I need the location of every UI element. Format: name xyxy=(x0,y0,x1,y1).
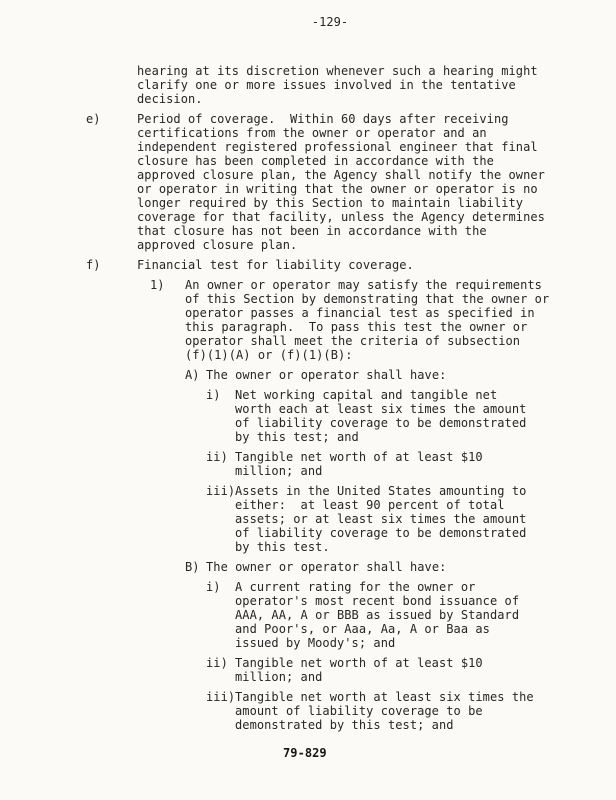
text-block: i)A current rating for the owner oropera… xyxy=(0,580,616,650)
text-line: Net working capital and tangible net xyxy=(0,388,616,402)
section-label: ii) xyxy=(206,450,228,464)
section-label: i) xyxy=(206,580,221,594)
text-line: of liability coverage to be demonstrated xyxy=(0,526,616,540)
text-line: hearing at its discretion whenever such … xyxy=(0,64,616,78)
text-line: Tangible net worth of at least $10 xyxy=(0,656,616,670)
text-line: demonstrated by this test; and xyxy=(0,718,616,732)
document-content: hearing at its discretion whenever such … xyxy=(0,64,616,738)
text-block: B)The owner or operator shall have: xyxy=(0,560,616,574)
text-line: million; and xyxy=(0,670,616,684)
text-line: amount of liability coverage to be xyxy=(0,704,616,718)
text-block: A)The owner or operator shall have: xyxy=(0,368,616,382)
text-line: closure has been completed in accordance… xyxy=(0,154,616,168)
section-label: i) xyxy=(206,388,221,402)
text-block: ii)Tangible net worth of at least $10mil… xyxy=(0,656,616,684)
text-line: coverage for that facility, unless the A… xyxy=(0,210,616,224)
section-label: f) xyxy=(86,258,101,272)
section-label: iii) xyxy=(206,690,235,704)
text-line: of this Section by demonstrating that th… xyxy=(0,292,616,306)
text-line: of liability coverage to be demonstrated xyxy=(0,416,616,430)
text-line: worth each at least six times the amount xyxy=(0,402,616,416)
text-line: either: at least 90 percent of total xyxy=(0,498,616,512)
section-label: e) xyxy=(86,112,101,126)
page-number: -129- xyxy=(0,15,616,29)
text-line: or operator in writing that the owner or… xyxy=(0,182,616,196)
text-line: Tangible net worth at least six times th… xyxy=(0,690,616,704)
section-label: 1) xyxy=(150,278,165,292)
docket-number: 79-829 xyxy=(283,746,327,760)
text-line: issued by Moody's; and xyxy=(0,636,616,650)
text-line: The owner or operator shall have: xyxy=(0,368,616,382)
text-line: assets; or at least six times the amount xyxy=(0,512,616,526)
section-label: A) xyxy=(185,368,200,382)
text-block: ii)Tangible net worth of at least $10mil… xyxy=(0,450,616,478)
text-line: operator shall meet the criteria of subs… xyxy=(0,334,616,348)
text-line: independent registered professional engi… xyxy=(0,140,616,154)
text-block: i)Net working capital and tangible netwo… xyxy=(0,388,616,444)
text-line: operator's most recent bond issuance of xyxy=(0,594,616,608)
text-line: by this test; and xyxy=(0,430,616,444)
text-block: iii)Assets in the United States amountin… xyxy=(0,484,616,554)
text-line: this paragraph. To pass this test the ow… xyxy=(0,320,616,334)
text-line: decision. xyxy=(0,92,616,106)
text-block: iii)Tangible net worth at least six time… xyxy=(0,690,616,732)
text-line: Assets in the United States amounting to xyxy=(0,484,616,498)
text-block: 1)An owner or operator may satisfy the r… xyxy=(0,278,616,362)
text-line: Tangible net worth of at least $10 xyxy=(0,450,616,464)
document-page: -129- hearing at its discretion whenever… xyxy=(0,0,616,800)
section-label: B) xyxy=(185,560,200,574)
text-line: that closure has not been in accordance … xyxy=(0,224,616,238)
text-line: The owner or operator shall have: xyxy=(0,560,616,574)
text-line: million; and xyxy=(0,464,616,478)
text-block: e)Period of coverage. Within 60 days aft… xyxy=(0,112,616,252)
text-line: AAA, AA, A or BBB as issued by Standard xyxy=(0,608,616,622)
text-line: An owner or operator may satisfy the req… xyxy=(0,278,616,292)
text-line: and Poor's, or Aaa, Aa, A or Baa as xyxy=(0,622,616,636)
text-line: longer required by this Section to maint… xyxy=(0,196,616,210)
section-label: ii) xyxy=(206,656,228,670)
text-line: clarify one or more issues involved in t… xyxy=(0,78,616,92)
text-line: approved closure plan. xyxy=(0,238,616,252)
text-line: A current rating for the owner or xyxy=(0,580,616,594)
text-block: f)Financial test for liability coverage. xyxy=(0,258,616,272)
text-block: hearing at its discretion whenever such … xyxy=(0,64,616,106)
text-line: by this test. xyxy=(0,540,616,554)
text-line: operator passes a financial test as spec… xyxy=(0,306,616,320)
text-line: (f)(1)(A) or (f)(1)(B): xyxy=(0,348,616,362)
section-label: iii) xyxy=(206,484,235,498)
text-line: certifications from the owner or operato… xyxy=(0,126,616,140)
text-line: approved closure plan, the Agency shall … xyxy=(0,168,616,182)
